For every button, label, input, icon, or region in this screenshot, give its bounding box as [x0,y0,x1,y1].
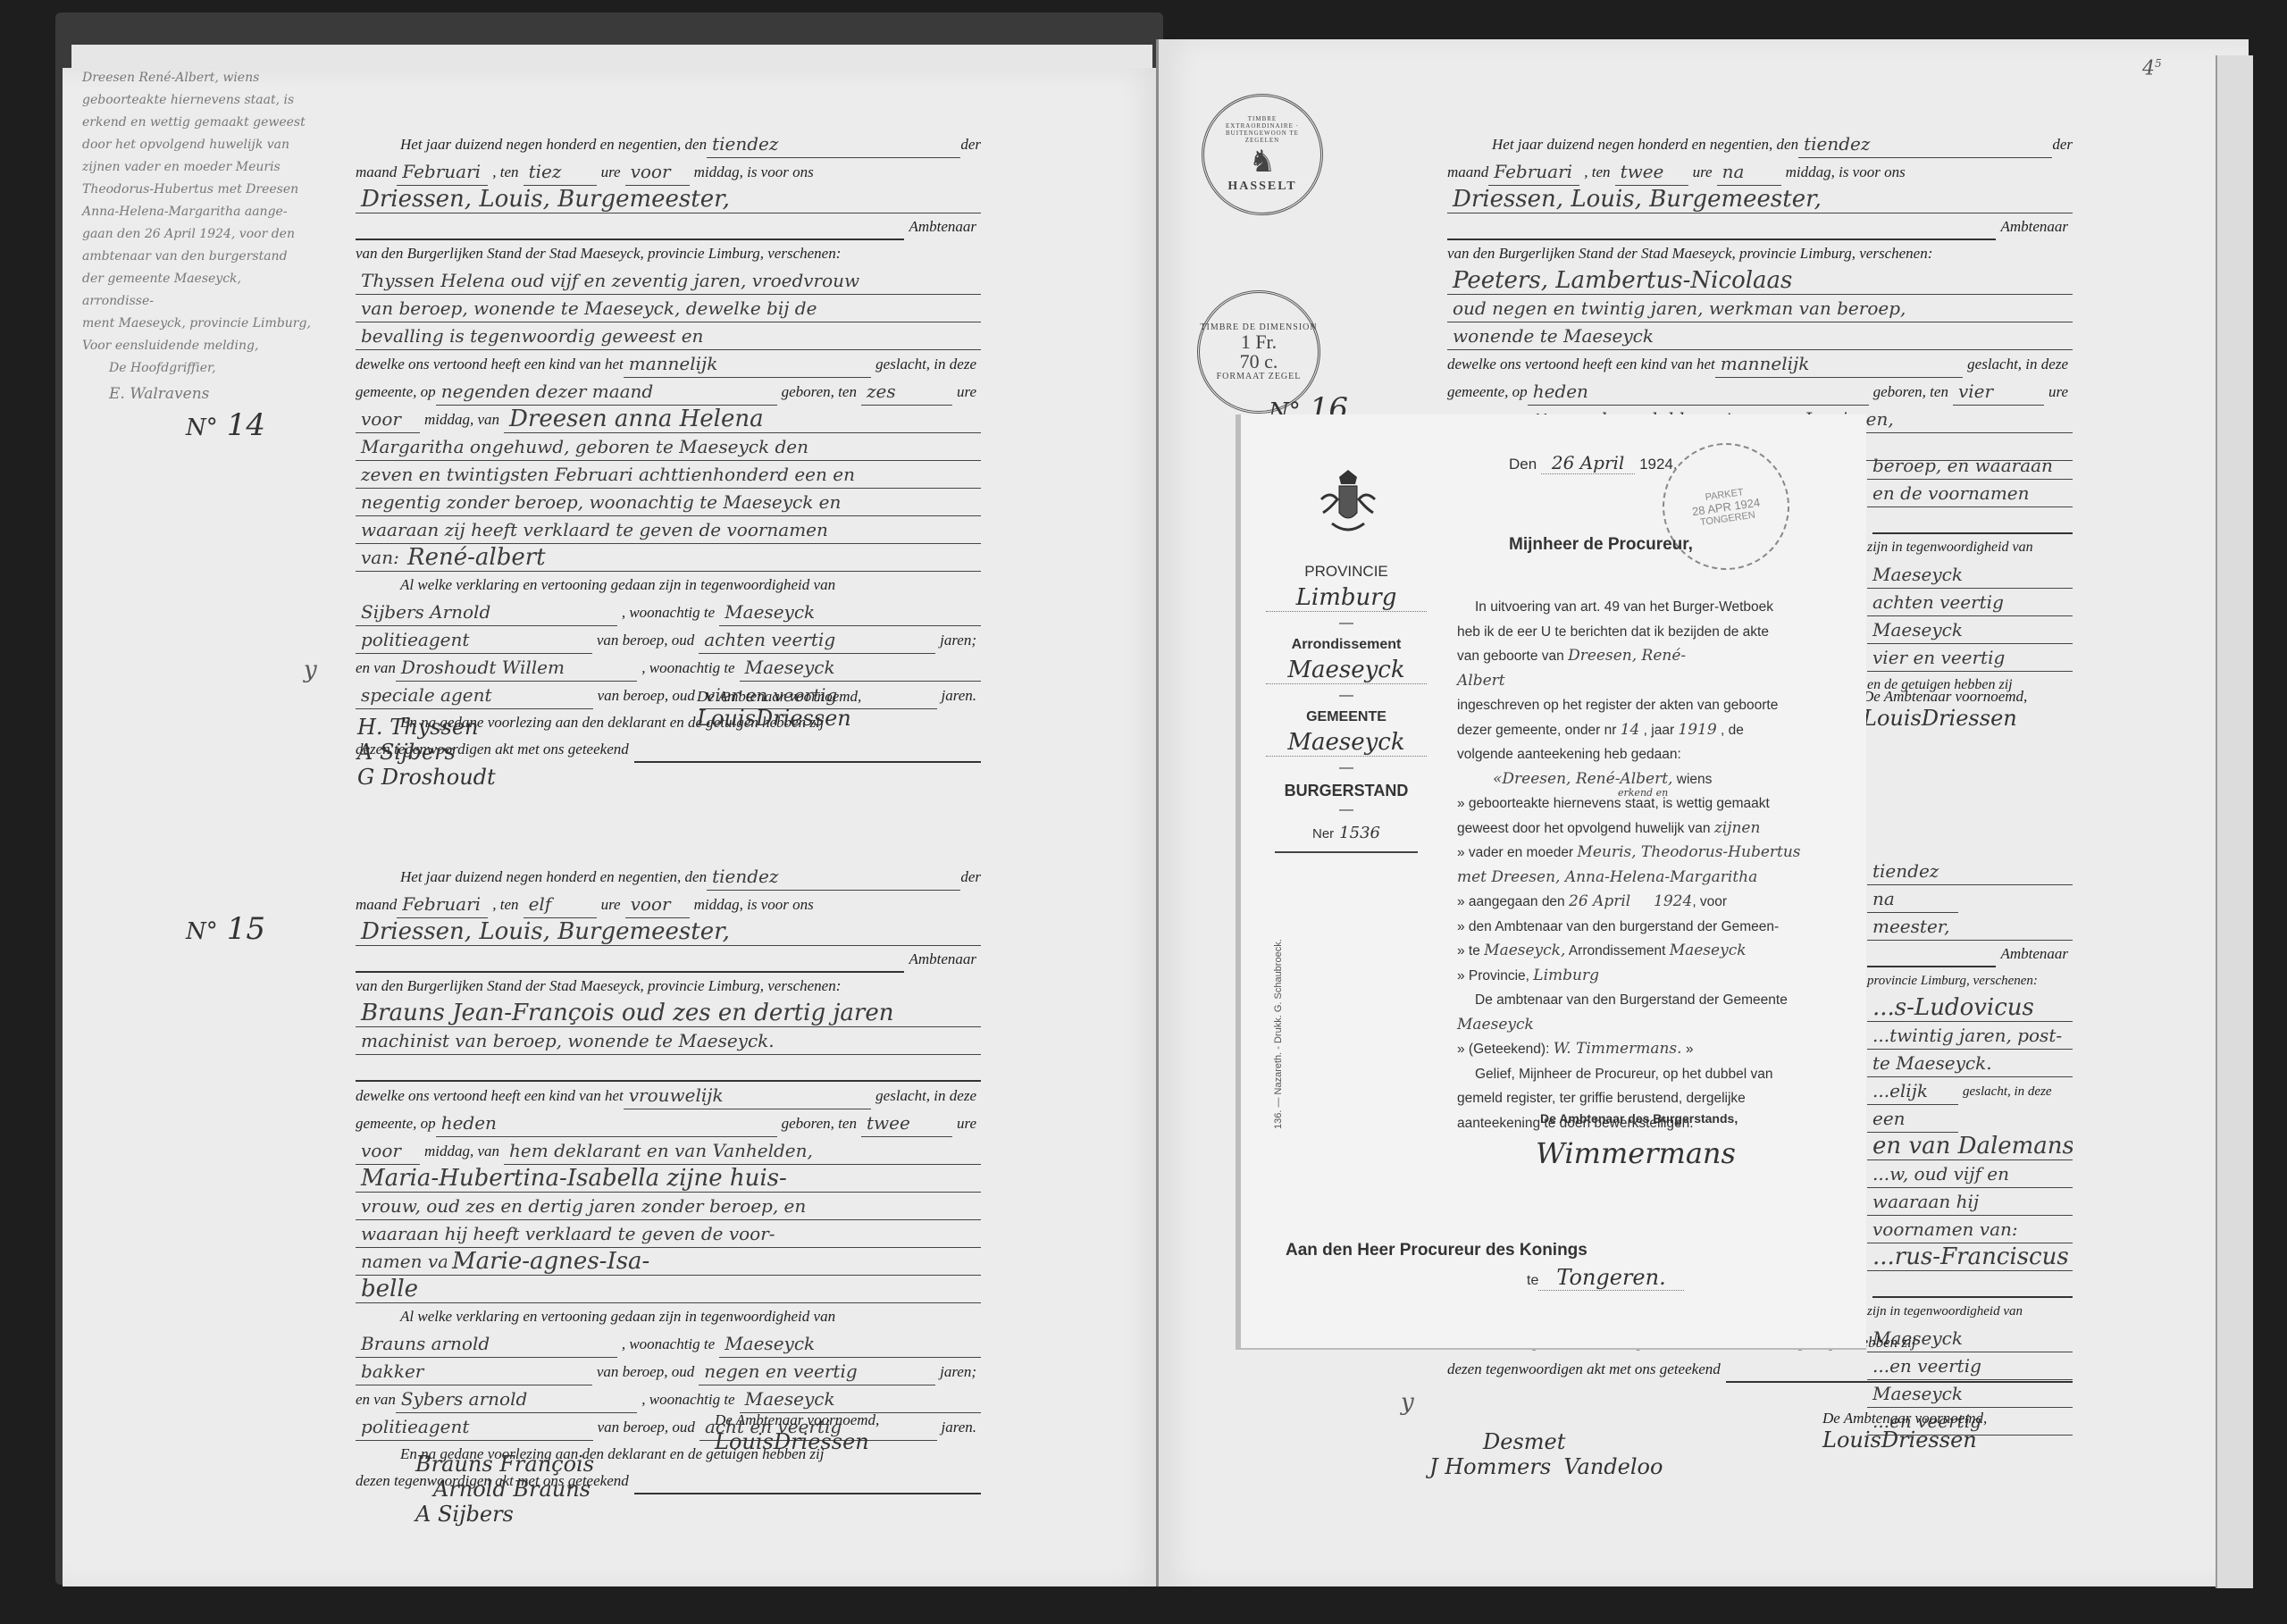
field-witness-name: Sijbers Arnold [356,599,617,626]
field-witness-residence: Maeseyck [719,1330,981,1358]
field-official: Driessen, Louis, Burgemeester, [1447,186,2073,213]
printed-text: geweest door het opvolgend huwelijk van [1457,821,1711,836]
printed-text: ure [597,892,625,918]
printed-text: van beroep, oud [593,1414,700,1441]
printed-text: der [960,864,981,891]
printed-text: maand [356,159,397,186]
divider: — [1257,688,1436,704]
letter-signature: Wimmermans [1536,1136,1736,1170]
divider: — [1257,760,1436,776]
printed-text: van beroep, oud [593,682,700,709]
margin-note-line: erkend en wettig gemaakt geweest [82,112,314,134]
field-witness-residence: Maeseyck [1867,1380,2073,1408]
printed-text: dezen tegenwoordigen akt met ons geteeke… [1447,1356,1721,1383]
printed-text: Het jaar duizend negen honderd en negent… [1492,131,1798,158]
printed-text: , woonachtig te [617,1331,719,1358]
field-witness-residence: Maeseyck [740,654,981,682]
letter-body: In uitvoering van art. 49 van het Burger… [1457,595,1839,1135]
field-birth-hour: een [1867,1105,1958,1133]
official-signature: LouisDriessen [1822,1427,1987,1452]
printed-text: van den Burgerlijken Stand der Stad Maes… [356,240,841,267]
printed-text: , woonachtig te [637,655,739,682]
field-sex: mannelijk [1715,350,1963,378]
printed-text: middag, van [420,406,504,433]
handwritten-text: Dreesen, René- [1568,647,1686,665]
field-mother: zeven en twintigsten Februari achttienho… [356,461,981,489]
official-signature-block: De Ambtenaar voornoemd, LouisDriessen [1863,688,2027,731]
margin-note-line: Voor eensluidende melding, [82,335,314,357]
field-declarant: van beroep, wonende te Maeseyck, dewelke… [356,295,981,322]
field-witness-name: Brauns arnold [356,1330,617,1358]
printed-text: geslacht, in deze [1958,1078,2057,1105]
field-declarant: ...s-Ludovicus [1867,994,2073,1022]
letter-date: Den 26 April 1924. [1509,452,1678,473]
margin-note-line: Theodorus-Hubertus met Dreesen [82,179,314,201]
field-month: Februari [1488,158,1579,186]
field-ampm: voor [356,1137,420,1165]
witness-signature: Vandeloo [1563,1454,1663,1479]
salutation: Mijnheer de Procureur, [1509,535,1693,555]
body-line: » Provincie, Limburg [1457,964,1839,989]
check-mark: y [1401,1389,1414,1416]
printed-text: » [1686,1042,1694,1057]
margin-note-line: Dreesen René-Albert, wiens [82,67,314,89]
field-sex: vrouwelijk [624,1082,871,1109]
province-value: Limburg [1266,584,1427,612]
witness-signatures: Desmet J Hommers Vandeloo [1429,1429,1663,1479]
field-witness-age: negen en veertig [699,1358,935,1385]
handwritten-text: Limburg [1533,967,1599,984]
printed-text: ure [2044,379,2073,406]
field-witness-residence: Maeseyck [719,599,981,626]
field-mother: voornamen van: [1867,1216,2073,1243]
printed-text: Ambtenaar [904,213,981,240]
register-number: Ner1536 [1257,824,1436,842]
witness-signature: H. Thyssen [357,715,496,740]
field-ampm: na [1867,885,1958,913]
field-mother: vrouw, oud zes en dertig jaren zonder be… [356,1193,981,1220]
printed-text: maand [356,892,397,918]
printed-text: van beroep, oud [592,1359,699,1385]
printed-text: , de [1721,723,1744,738]
margin-note-line: der gemeente Maeseyck, arrondisse- [82,268,314,313]
printed-text: » Provincie, [1457,968,1529,984]
official-signature: LouisDriessen [697,706,861,731]
stamp-value: 1 Fr. [1241,332,1277,352]
witness-signature: Arnold Brauns [433,1477,594,1502]
witness-signatures: H. Thyssen A Sijbers G Droshoudt [357,715,496,790]
body-line: dezer gemeente, onder nr 14 , jaar 1919 … [1457,718,1839,743]
inserted-notification-letter: PROVINCIE Limburg — Arrondissement Maese… [1236,414,1866,1350]
addressee-location: teTongeren. [1527,1265,1684,1290]
field-ampm: na [1717,158,1781,186]
printed-text: » geboorteakte hiernevens staat, is wett… [1457,796,1770,811]
printed-text: geslacht, in deze [1963,351,2073,378]
field-birth-hour: zes [861,378,952,406]
field-month: Februari [397,158,488,186]
field-declarant: Thyssen Helena oud vijf en zeventig jare… [356,267,981,295]
body-line: gemeld register, ter griffie berustend, … [1457,1086,1839,1111]
field-declarant: wonende te Maeseyck [1447,322,2073,350]
body-line: In uitvoering van art. 49 van het Burger… [1457,595,1839,620]
printed-text: jaren. [937,1414,982,1441]
printed-text: en van [356,655,396,682]
ornament-rule [1275,851,1418,853]
field-declarant: Brauns Jean-François oud zes en dertig j… [356,1000,981,1027]
official-signature-block: De Ambtenaar voornoemd, LouisDriessen [1822,1410,1987,1452]
field-mother: Margaritha ongehuwd, geboren te Maeseyck… [356,433,981,461]
field-witness-occupation: politieagent [356,626,592,654]
official-signature: LouisDriessen [715,1429,879,1454]
field-witness-age: vier en veertig [1867,644,2073,672]
printed-text: » aangegaan den [1457,894,1565,909]
birth-act-16-witness-tail: zijn in tegenwoordigheid van Maeseyck ac… [1867,490,2073,699]
page-number: 45 [2142,57,2162,80]
field-ampm: voor [356,406,420,433]
printed-text: en van [356,1386,396,1413]
stamp-value: 70 c. [1240,352,1278,372]
birth-act-15: Het jaar duizend negen honderd en negent… [356,863,981,1494]
province-label: PROVINCIE [1257,563,1436,581]
body-line: » te Maeseyck, Arrondissement Maeseyck [1457,939,1839,964]
field-given-names: René-albert [402,544,981,572]
act-number-14: N°14 [186,407,265,443]
letter-addressee: Aan den Heer Procureur des Konings [1286,1241,1587,1260]
field-hour: elf [524,891,597,918]
field-sex: mannelijk [624,350,871,378]
printed-text: ure [952,1110,981,1137]
divider: — [1257,802,1436,818]
printed-text: der [2052,131,2073,158]
printed-text: gemeente, op [356,1110,436,1137]
printed-text: » te [1457,943,1480,958]
body-line: geweest door het opvolgend huwelijk van … [1457,816,1839,841]
field-mother: ...w, oud vijf en [1867,1160,2073,1188]
printed-text: , woonachtig te [637,1386,739,1413]
printed-text: » vader en moeder [1457,845,1573,860]
body-line: » vader en moeder Meuris, Theodorus-Hube… [1457,841,1839,866]
field-birth-day: heden [436,1109,777,1137]
body-line: De ambtenaar van den Burgerstand der Gem… [1457,988,1839,1013]
printer-imprint: 136. — Nazareth. - Drukk. G. Schaubroeck… [1273,939,1284,1129]
handwritten-text: 1924 [1654,892,1692,910]
official-signature: LouisDriessen [1863,706,2027,731]
field-mother: waaraan zij heeft verklaard te geven de … [356,516,981,544]
printed-text: dezer gemeente, onder nr [1457,723,1616,738]
printed-text: geboren, ten [777,379,861,406]
field-day: tiendez [1798,130,2052,158]
printed-text: geslacht, in deze [871,1083,981,1109]
divider: — [1257,615,1436,632]
field-day: tiendez [707,863,960,891]
printed-text: maand [1447,159,1488,186]
printed-text: , jaar [1644,723,1674,738]
margin-note-line: ambtenaar van den burgerstand [82,246,314,268]
field-witness-name: Sybers arnold [396,1385,637,1413]
printed-text: dewelke ons vertoond heeft een kind van … [356,351,624,378]
official-signature-block: De Ambtenaar voornoemd, LouisDriessen [697,688,861,731]
printed-text: ure [597,159,625,186]
field-witness-residence: Maeseyck [1867,561,2073,589]
witness-signature: Desmet [1483,1429,1663,1454]
act-number-value: 14 [227,407,265,443]
handwritten-text: Tongeren. [1538,1265,1683,1291]
witness-signatures: Brauns François Arnold Brauns A Sijbers [415,1452,594,1527]
field-official: Driessen, Louis, Burgemeester, [356,186,981,213]
printed-text: zijn in tegenwoordigheid van [1867,1298,2023,1325]
body-line: heb ik de eer U te berichten dat ik bezi… [1457,620,1839,645]
field-official: meester, [1867,913,2073,941]
printed-text: geboren, ten [777,1110,861,1137]
printed-text: middag, is voor ons [690,892,818,918]
field-given-names: ...rus-Franciscus [1867,1243,2073,1271]
ner-label: Ner [1312,826,1334,841]
field-witness-age: achten veertig [699,626,935,654]
field-witness-occupation: bakker [356,1358,592,1385]
field-witness-residence: Maeseyck [740,1385,981,1413]
printed-text: middag, van [420,1138,504,1165]
letter-header-column: PROVINCIE Limburg — Arrondissement Maese… [1257,557,1436,862]
witness-signature: A Sijbers [415,1502,594,1527]
body-line: erkend en» geboorteakte hiernevens staat… [1457,791,1839,816]
field-birth-hour: twee [861,1109,952,1137]
check-mark: y [304,657,317,683]
margin-note-line: ment Maeseyck, provincie Limburg, [82,313,314,335]
margin-note-line: geboorteakte hiernevens staat, is [82,89,314,112]
birth-act-16: Het jaar duizend negen honderd en negent… [1447,130,2073,461]
witness-signature: A Sijbers [357,740,496,765]
handwritten-insertion: erkend en [1618,781,1668,806]
field-declarant: machinist van beroep, wonende te Maeseyc… [356,1027,981,1055]
body-line: met Dreesen, Anna-Helena-Margaritha [1457,866,1839,891]
handwritten-text: Maeseyck, [1484,942,1565,959]
printed-text: dewelke ons vertoond heeft een kind van … [1447,351,1715,378]
field-birth-day: negenden dezer maand [436,378,777,406]
printed-text: ure [952,379,981,406]
field-ampm: voor [625,891,690,918]
printed-text: , woonachtig te [617,599,719,626]
body-line: Maeseyck [1457,1013,1839,1038]
printed-text: van den Burgerlijken Stand der Stad Maes… [1447,240,1932,267]
burgerstand-label: BURGERSTAND [1257,782,1436,800]
printed-text: Het jaar duizend negen honderd en negent… [400,131,707,158]
field-mother: Maria-Hubertina-Isabella zijne huis- [356,1165,981,1193]
printed-text: jaren; [935,627,981,654]
stamp-ring-text: TIMBRE EXTRAORDINAIRE · BUITENGEWOON TE … [1218,115,1307,144]
body-line: Albert [1457,669,1839,694]
printed-text: geslacht, in deze [871,351,981,378]
official-closing: De Ambtenaar voornoemd, [715,1411,879,1429]
margin-note-line: gaan den 26 April 1924, voor den [82,223,314,246]
field-mother: beroep, en waaraan [1867,452,2073,480]
field-month: Februari [397,891,488,918]
witness-signature: J Hommers [1429,1454,1551,1479]
field-mother: waaraan hij heeft verklaard te geven de … [356,1220,981,1248]
field-given-names: belle [356,1276,981,1303]
field-witness-occupation: speciale agent [356,682,593,709]
margin-annotation: Dreesen René-Albert, wiens geboorteakte … [82,67,314,406]
field-declarant: Peeters, Lambertus-Nicolaas [1447,267,2073,295]
printed-text: ure [1688,159,1717,186]
field-given-names: Marie-agnes-Isa- [447,1248,981,1276]
field-mother: negentig zonder beroep, woonachtig te Ma… [356,489,981,516]
field-ampm: voor [625,158,690,186]
field-official: Driessen, Louis, Burgemeester, [356,918,981,946]
official-signature-block: De Ambtenaar voornoemd, LouisDriessen [715,1411,879,1454]
official-closing: De Ambtenaar voornoemd, [1822,1410,1987,1427]
field-witness-age: achten veertig [1867,589,2073,616]
date-year: 1924. [1639,456,1678,473]
lion-emblem-icon: ♞ [1249,144,1276,180]
printed-text: dewelke ons vertoond heeft een kind van … [356,1083,624,1109]
field-day: tiendez [1867,858,2073,885]
printed-text: Het jaar duizend negen honderd en negent… [400,864,707,891]
field-declarant: bevalling is tegenwoordig geweest en [356,322,981,350]
printed-text: » (Geteekend): [1457,1042,1549,1057]
printed-text: Arrondissement [1569,943,1666,958]
field-sex: ...elijk [1867,1077,1958,1105]
printed-text: Ambtenaar [1996,213,2073,240]
field-mother: en van Dalemans [1867,1133,2073,1160]
witness-signature: Brauns François [415,1452,594,1477]
printed-text: , ten [488,159,523,186]
field-witness-residence: Maeseyck [1867,616,2073,644]
handwritten-text: zijnen [1714,819,1761,837]
handwritten-text: 14 [1621,721,1640,739]
body-line: van geboorte van Dreesen, René- [1457,644,1839,669]
printed-text: der [960,131,981,158]
body-line: » (Geteekend): W. Timmermans. » [1457,1037,1839,1062]
field-day: tiendez [707,130,960,158]
field-names-label: van: [356,544,402,572]
gemeente-value: Maeseyck [1266,729,1427,757]
act-number-label: N° [186,918,218,945]
printed-text: middag, is voor ons [1781,159,1910,186]
margin-note-line: zijnen vader en moeder Meuris [82,156,314,179]
printed-text: jaren; [935,1359,981,1385]
field-mother: hem deklarant en van Vanhelden, [504,1137,981,1165]
field-witness-name: Droshoudt Willem [396,654,637,682]
handwritten-text: W. Timmermans. [1554,1040,1682,1058]
printed-text: , ten [1579,159,1614,186]
arrondissement-label: Arrondissement [1257,637,1436,653]
field-mother: Dreesen anna Helena [504,406,981,433]
handwritten-text: Meuris, Theodorus-Hubertus [1577,843,1800,861]
field-declarant: te Maeseyck. [1867,1050,2073,1077]
stamp-city: HASSELT [1227,180,1296,194]
field-names-label: namen van: [356,1248,447,1276]
margin-note-line: door het opvolgend huwelijk van [82,134,314,156]
date-prefix: Den [1509,456,1537,473]
printed-text: Ambtenaar [1996,941,2073,967]
printed-text: gemeente, op [1447,379,1528,406]
ner-value: 1536 [1339,824,1380,842]
handwritten-text: 26 April [1569,892,1630,910]
printed-text: provincie Limburg, verschenen: [1867,967,2038,994]
printed-text: wiens [1677,772,1713,787]
page-number-value: 4 [2142,57,2155,80]
body-line: volgende aanteekening heb gedaan: [1457,742,1839,767]
printed-text: van geboorte van [1457,649,1564,664]
printed-text: , voor [1692,894,1727,909]
witness-signature: G Droshoudt [357,765,496,790]
printed-text: , ten [488,892,523,918]
printed-text: gemeente, op [356,379,436,406]
field-hour: twee [1615,158,1688,186]
page-stack-edge [2216,55,2253,1588]
gemeente-label: GEMEENTE [1257,709,1436,725]
field-declarant: oud negen en twintig jaren, werkman van … [1447,295,2073,322]
page-number-sup: 5 [2155,57,2162,70]
margin-note-line: Anna-Helena-Margaritha aange- [82,201,314,223]
printed-text: Al welke verklaring en vertooning gedaan… [400,572,835,599]
act-number-value: 15 [227,911,265,947]
act-number-15: N°15 [186,911,265,947]
page-edge-strip [71,45,1152,68]
birth-act-14: Het jaar duizend negen honderd en negent… [356,130,981,763]
stamp-ring-text: FORMAAT ZEGEL [1217,372,1302,381]
field-hour: tiez [524,158,597,186]
printed-text: van beroep, oud [592,627,699,654]
official-closing: De Ambtenaar voornoemd, [697,688,861,706]
printed-text: van den Burgerlijken Stand der Stad Maes… [356,973,841,1000]
field-witness-occupation: politieagent [356,1413,593,1441]
field-mother: waaraan hij [1867,1188,2073,1216]
arrondissement-value: Maeseyck [1266,657,1427,684]
printed-text: jaren. [937,682,982,709]
field-declarant: ...twintig jaren, post- [1867,1022,2073,1050]
printed-text: Ambtenaar [904,946,981,973]
printed-text: Al welke verklaring en vertooning gedaan… [400,1303,835,1330]
handwritten-text: 1919 [1678,721,1716,739]
body-line: » aangegaan den 26 April 1924, voor [1457,890,1839,915]
body-line: ingeschreven op het register der akten v… [1457,693,1839,718]
handwritten-text: Maeseyck [1670,942,1747,959]
body-line: » den Ambtenaar van den burgerstand der … [1457,915,1839,940]
field-birth-hour: vier [1953,378,2044,406]
date-day-month: 26 April [1541,452,1635,474]
body-line: Gelief, Mijnheer de Procureur, op het du… [1457,1062,1839,1087]
field-birth-day: heden [1528,378,1869,406]
belgian-coat-of-arms-icon [1312,468,1384,548]
printed-text: geboren, ten [1869,379,1953,406]
margin-note-line: De Hoofdgriffier, [109,357,314,380]
printed-text: te [1527,1273,1538,1288]
printed-text: zijn in tegenwoordigheid van [1867,534,2033,561]
printed-text: middag, is voor ons [690,159,818,186]
margin-note-signature: E. Walravens [109,383,314,406]
letter-closing: De Ambtenaar des Burgerstands, [1540,1111,1738,1126]
act-number-label: N° [186,414,218,441]
hasselt-tax-stamp: TIMBRE EXTRAORDINAIRE · BUITENGEWOON TE … [1202,94,1323,215]
official-closing: De Ambtenaar voornoemd, [1863,688,2027,706]
